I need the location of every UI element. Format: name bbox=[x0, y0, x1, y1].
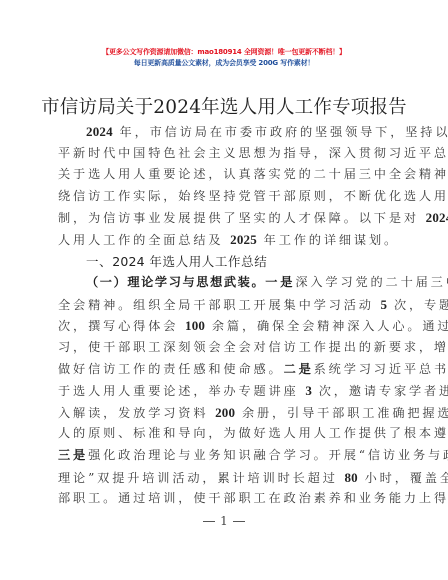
dash-right bbox=[233, 521, 245, 522]
point-lead: 三是 bbox=[58, 448, 88, 462]
intro-line-5: 制，为信访事业发展提供了坚实的人才保障。以下是对 2024 年选 bbox=[58, 207, 394, 229]
document-body: 2024 年，市信访局在市委市政府的坚强领导下，坚持以习近 平新时代中国特色社会… bbox=[58, 121, 394, 510]
line-text: 次，撰写心得体会 bbox=[58, 319, 185, 333]
body-line: 习，使干部职工深刻领会全会对信访工作提出的新要求，增强了 bbox=[58, 337, 394, 359]
intro-line-6: 人用人工作的全面总结及 2025 年工作的详细谋划。 bbox=[58, 229, 394, 251]
intro-line-2: 平新时代中国特色社会主义思想为指导，深入贯彻习近平总书记 bbox=[58, 143, 394, 165]
section-heading-text: 年选人用人工作总结 bbox=[145, 254, 267, 269]
body-line: 于选人用人重要论述，举办专题讲座 3 次，邀请专家学者进行深 bbox=[58, 380, 394, 402]
count-number: 80 bbox=[344, 470, 357, 485]
document-page: 【更多公文写作资源请加微信：mao180914 全网资源！唯一包更新不断档！】 … bbox=[0, 0, 448, 580]
line-text: 全会精神。组织全局干部职工开展集中学习活动 bbox=[58, 298, 381, 312]
year-number: 2024 bbox=[426, 210, 448, 225]
line-text: 人用人工作的全面总结及 bbox=[58, 233, 230, 247]
line-text: 做好信访工作的责任感和使命感。 bbox=[58, 362, 284, 376]
intro-line-4: 绕信访工作实际，始终坚持党管干部原则，不断优化选人用人机 bbox=[58, 186, 394, 208]
body-line: 全会精神。组织全局干部职工开展集中学习活动 5 次，专题研讨 2 bbox=[58, 294, 394, 316]
body-line: 做好信访工作的责任感和使命感。二是系统学习习近平总书记关 bbox=[58, 359, 394, 381]
year-number: 2024 bbox=[112, 254, 145, 269]
count-number: 200 bbox=[215, 405, 235, 420]
line-text: 于选人用人重要论述，举办专题讲座 bbox=[58, 384, 305, 398]
line-text: 制，为信访事业发展提供了坚实的人才保障。以下是对 bbox=[58, 211, 426, 225]
line-text: 年，市信访局在市委市政府的坚强领导下，坚持以习近 bbox=[113, 125, 448, 139]
body-line: 三是强化政治理论与业务知识融合学习。开展“信访业务与政治 bbox=[58, 445, 394, 467]
page-footer: 1 bbox=[0, 514, 448, 528]
line-text: 系统学习习近平总书记关 bbox=[314, 362, 448, 376]
line-text: 理论”双提升培训活动，累计培训时长超过 bbox=[58, 471, 344, 485]
line-text: 强化政治理论与业务知识融合学习。开展“信访业务与政治 bbox=[88, 448, 448, 462]
count-number: 100 bbox=[185, 318, 205, 333]
dash-left bbox=[203, 521, 215, 522]
year-number: 2024 bbox=[86, 124, 113, 139]
body-line: 人的原则、标准和导向，为做好选人用人工作提供了根本遵循。 bbox=[58, 423, 394, 445]
body-line: 次，撰写心得体会 100 余篇，确保全会精神深入人心。通过学 bbox=[58, 315, 394, 337]
body-line: 入解读，发放学习资料 200 余册，引导干部职工准确把握选人用 bbox=[58, 402, 394, 424]
body-line: 部职工。通过培训，使干部职工在政治素养和业务能力上得到了 bbox=[58, 488, 394, 510]
page-number: 1 bbox=[220, 514, 228, 528]
subsection-heading: （一）理论学习与思想武装。 bbox=[86, 275, 265, 289]
line-text: 年工作的详细谋划。 bbox=[257, 233, 399, 247]
intro-line-1: 2024 年，市信访局在市委市政府的坚强领导下，坚持以习近 bbox=[58, 121, 394, 143]
point-lead: 一是 bbox=[265, 275, 295, 289]
point-lead: 二是 bbox=[284, 362, 314, 376]
line-text: 次，邀请专家学者进行深 bbox=[312, 384, 448, 398]
section-heading-1: 一、2024 年选人用人工作总结 bbox=[58, 251, 394, 273]
document-title: 市信访局关于2024年选人用人工作专项报告 bbox=[0, 93, 448, 119]
intro-line-3: 关于选人用人重要论述，认真落实党的二十届三中全会精神，围 bbox=[58, 164, 394, 186]
line-text: 小时，覆盖全局干 bbox=[358, 471, 448, 485]
year-number: 2025 bbox=[230, 232, 257, 247]
line-text: 深入学习党的二十届三中 bbox=[295, 275, 448, 289]
line-text: 入解读，发放学习资料 bbox=[58, 406, 215, 420]
line-text: 余篇，确保全会精神深入人心。通过学 bbox=[205, 319, 448, 333]
section-prefix: 一、 bbox=[86, 254, 112, 269]
promo-banner-wechat: 【更多公文写作资源请加微信：mao180914 全网资源！唯一包更新不断档！】 bbox=[0, 47, 448, 57]
promo-banner-membership: 每日更新高质量公文素材，成为会员享受 200G 写作素材！ bbox=[0, 58, 448, 68]
subsection-heading-line: （一）理论学习与思想武装。一是深入学习党的二十届三中 bbox=[58, 272, 394, 294]
line-text: 次，专题研讨 bbox=[387, 298, 448, 312]
body-line: 理论”双提升培训活动，累计培训时长超过 80 小时，覆盖全局干 bbox=[58, 467, 394, 489]
line-text: 余册，引导干部职工准确把握选人用 bbox=[235, 406, 448, 420]
